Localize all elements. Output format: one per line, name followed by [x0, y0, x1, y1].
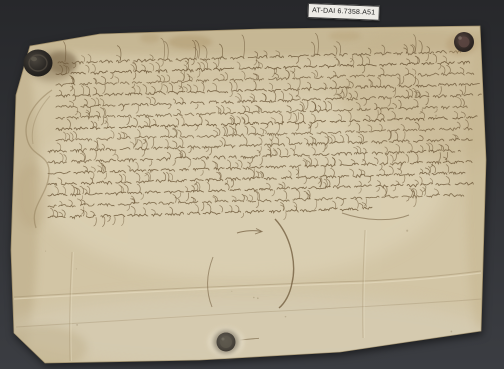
photo-viewport: AT-DAI 6.7358.A51 [0, 0, 504, 369]
shelfmark-label: AT-DAI 6.7358.A51 [307, 3, 380, 21]
archival-photo [0, 0, 504, 369]
shelfmark-text: AT-DAI 6.7358.A51 [312, 7, 375, 16]
seal-weight-bottom-center [208, 328, 244, 357]
